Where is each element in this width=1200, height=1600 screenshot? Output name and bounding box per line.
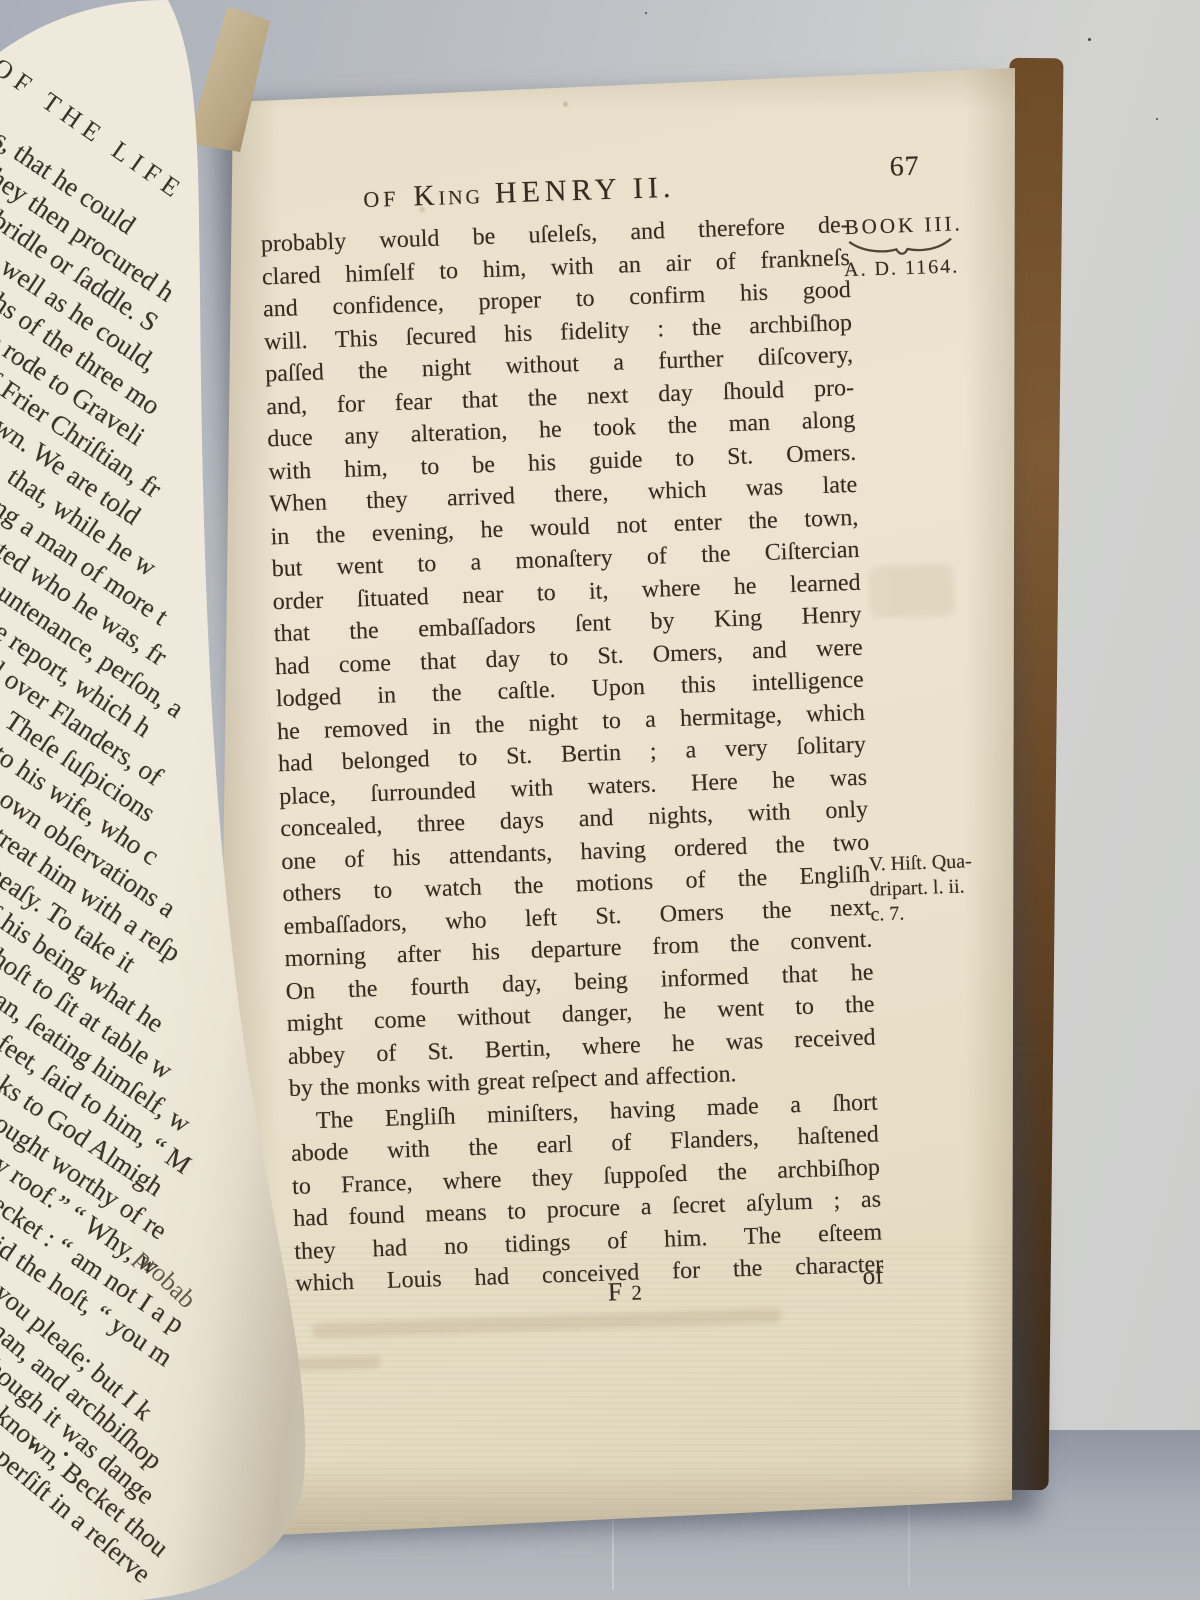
right-page-content: OF KING HENRY II. 67 BOOK III. A. D. 116…	[210, 41, 1060, 1543]
margin-note-date: A. D. 1164.	[844, 255, 960, 282]
book-photo: OF KING HENRY II. 67 BOOK III. A. D. 116…	[0, 0, 1200, 1600]
dust-speck	[1088, 38, 1091, 41]
foxing-spot	[770, 65, 773, 68]
ink-spot	[30, 1443, 35, 1448]
foxing-spot	[563, 102, 567, 106]
ink-spot	[64, 1452, 68, 1456]
dust-speck	[1156, 118, 1158, 120]
page-number: 67	[889, 151, 920, 184]
showthrough-smudge	[293, 1355, 381, 1371]
signature-mark: F2	[607, 1276, 642, 1307]
foxing-spot	[349, 85, 356, 92]
header-word-king-initial: K	[413, 180, 439, 213]
right-page: OF KING HENRY II. 67 BOOK III. A. D. 116…	[215, 66, 1017, 1542]
header-word-king-rest: ING	[438, 186, 483, 209]
body-text: probably would be uſeleſs, and therefore…	[260, 209, 883, 1300]
header-word-of: OF	[363, 186, 400, 212]
header-title: HENRY II.	[494, 171, 676, 210]
showthrough-smudge	[869, 564, 955, 619]
catchword: of	[862, 1262, 884, 1291]
running-header: OF KING HENRY II.	[259, 167, 780, 218]
dust-speck	[645, 12, 647, 14]
